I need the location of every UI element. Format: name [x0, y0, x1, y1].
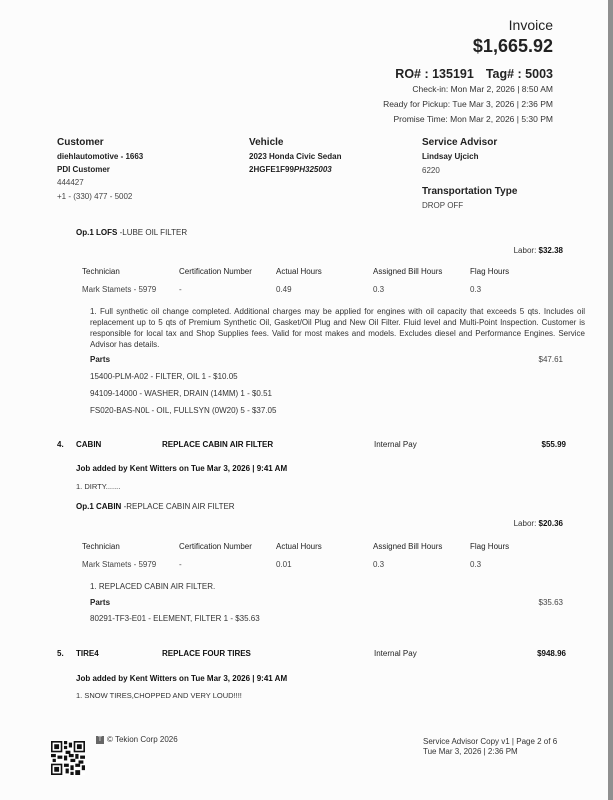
job-pay-type: Internal Pay: [374, 440, 417, 449]
service-advisor-section: Service Advisor Lindsay Ujcich 6220 Tran…: [422, 136, 517, 213]
job-concern: 1. DIRTY.......: [76, 482, 120, 491]
job-added-by: Job added by Kent Witters on Tue Mar 3, …: [76, 464, 287, 473]
job-amount: $55.99: [542, 440, 566, 449]
tech-story-cabin: 1. REPLACED CABIN AIR FILTER.: [90, 582, 215, 591]
page-edge: [608, 0, 613, 800]
column-header: Assigned Bill Hours: [373, 537, 470, 555]
job-number: 4.: [57, 440, 64, 449]
promise-time: Promise Time: Mon Mar 2, 2026 | 5:30 PM: [383, 112, 553, 127]
table-header-row: Technician Certification Number Actual H…: [82, 537, 550, 555]
table-row: Mark Stamets - 5979 - 0.49 0.3 0.3: [82, 280, 550, 298]
job-number: 5.: [57, 649, 64, 658]
column-header: Assigned Bill Hours: [373, 262, 470, 280]
part-line: 80291-TF3-E01 - ELEMENT, FILTER 1 - $35.…: [90, 614, 260, 623]
ro-tag-line: RO# : 135191Tag# : 5003: [383, 66, 553, 82]
job-code: TIRE4: [76, 649, 99, 658]
vin-suffix: PH325003: [294, 165, 332, 174]
copy-page-info: Service Advisor Copy v1 | Page 2 of 6: [423, 737, 557, 747]
job-amount: $948.96: [537, 649, 566, 658]
vehicle-vin: 2HGFE1F99PH325003: [249, 164, 341, 177]
job-added-by: Job added by Kent Witters on Tue Mar 3, …: [76, 674, 287, 683]
customer-section: Customer diehlautomotive - 1663 PDI Cust…: [57, 136, 143, 203]
column-header: Technician: [82, 262, 179, 280]
op-description: -LUBE OIL FILTER: [120, 228, 188, 237]
qr-code-icon: [51, 741, 85, 775]
service-advisor-heading: Service Advisor: [422, 136, 517, 150]
invoice-total: $1,665.92: [383, 35, 553, 57]
vehicle-section: Vehicle 2023 Honda Civic Sedan 2HGFE1F99…: [249, 136, 341, 176]
part-line: 15400-PLM-A02 - FILTER, OIL 1 - $10.05: [90, 372, 238, 381]
customer-type: PDI Customer: [57, 164, 143, 177]
customer-name: diehlautomotive - 1663: [57, 151, 143, 164]
labor-amount: $32.38: [539, 246, 563, 255]
customer-phone: +1 - (330) 477 - 5002: [57, 191, 143, 204]
customer-heading: Customer: [57, 136, 143, 150]
parts-heading-cabin: Parts: [90, 598, 110, 607]
table-row: Mark Stamets - 5979 - 0.01 0.3 0.3: [82, 555, 550, 573]
check-in-time: Check-in: Mon Mar 2, 2026 | 8:50 AM: [383, 82, 553, 97]
service-advisor-name: Lindsay Ujcich: [422, 151, 517, 164]
transportation-value: DROP OFF: [422, 200, 517, 213]
column-header: Certification Number: [179, 262, 276, 280]
table-header-row: Technician Certification Number Actual H…: [82, 262, 550, 280]
vin-prefix: 2HGFE1F99: [249, 165, 294, 174]
invoice-header: Invoice $1,665.92 RO# : 135191Tag# : 500…: [383, 16, 553, 127]
column-header: Actual Hours: [276, 537, 373, 555]
vehicle-description: 2023 Honda Civic Sedan: [249, 151, 341, 164]
tag-number: Tag# : 5003: [486, 67, 553, 81]
footer-copyright: T© Tekion Corp 2026: [96, 735, 178, 745]
column-header: Flag Hours: [470, 537, 550, 555]
vehicle-heading: Vehicle: [249, 136, 341, 150]
tech-story-lofs: 1. Full synthetic oil change completed. …: [90, 306, 585, 350]
part-line: 94109-14000 - WASHER, DRAIN (14MM) 1 - $…: [90, 389, 272, 398]
service-advisor-id: 6220: [422, 165, 517, 178]
part-line: FS020-BAS-N0L - OIL, FULLSYN (0W20) 5 - …: [90, 406, 276, 415]
column-header: Actual Hours: [276, 262, 373, 280]
printed-time: Tue Mar 3, 2026 | 2:36 PM: [423, 747, 557, 757]
op-line-lofs: Op.1 LOFS -LUBE OIL FILTER: [76, 228, 187, 237]
job-description: REPLACE FOUR TIRES: [162, 649, 251, 658]
labor-cabin: Labor: $20.36: [514, 519, 563, 528]
technician-table-lofs: Technician Certification Number Actual H…: [82, 262, 550, 298]
ready-for-pickup-time: Ready for Pickup: Tue Mar 3, 2026 | 2:36…: [383, 97, 553, 112]
parts-heading-lofs: Parts: [90, 355, 110, 364]
job-code: CABIN: [76, 440, 101, 449]
customer-id: 444427: [57, 177, 143, 190]
op-code: Op.1 CABIN: [76, 502, 121, 511]
column-header: Flag Hours: [470, 262, 550, 280]
technician-table-cabin: Technician Certification Number Actual H…: [82, 537, 550, 573]
invoice-title: Invoice: [383, 16, 553, 34]
parts-total-lofs: $47.61: [539, 355, 563, 364]
tekion-logo-icon: T: [96, 736, 104, 744]
job-concern: 1. SNOW TIRES,CHOPPED AND VERY LOUD!!!!: [76, 691, 242, 700]
column-header: Technician: [82, 537, 179, 555]
labor-amount: $20.36: [539, 519, 563, 528]
column-header: Certification Number: [179, 537, 276, 555]
op-line-cabin: Op.1 CABIN -REPLACE CABIN AIR FILTER: [76, 502, 235, 511]
job-pay-type: Internal Pay: [374, 649, 417, 658]
job-description: REPLACE CABIN AIR FILTER: [162, 440, 273, 449]
parts-total-cabin: $35.63: [539, 598, 563, 607]
ro-number: RO# : 135191: [395, 67, 474, 81]
footer-page-info: Service Advisor Copy v1 | Page 2 of 6 Tu…: [423, 737, 557, 757]
op-code: Op.1 LOFS: [76, 228, 117, 237]
op-description: -REPLACE CABIN AIR FILTER: [124, 502, 235, 511]
labor-lofs: Labor: $32.38: [514, 246, 563, 255]
transportation-heading: Transportation Type: [422, 185, 517, 199]
